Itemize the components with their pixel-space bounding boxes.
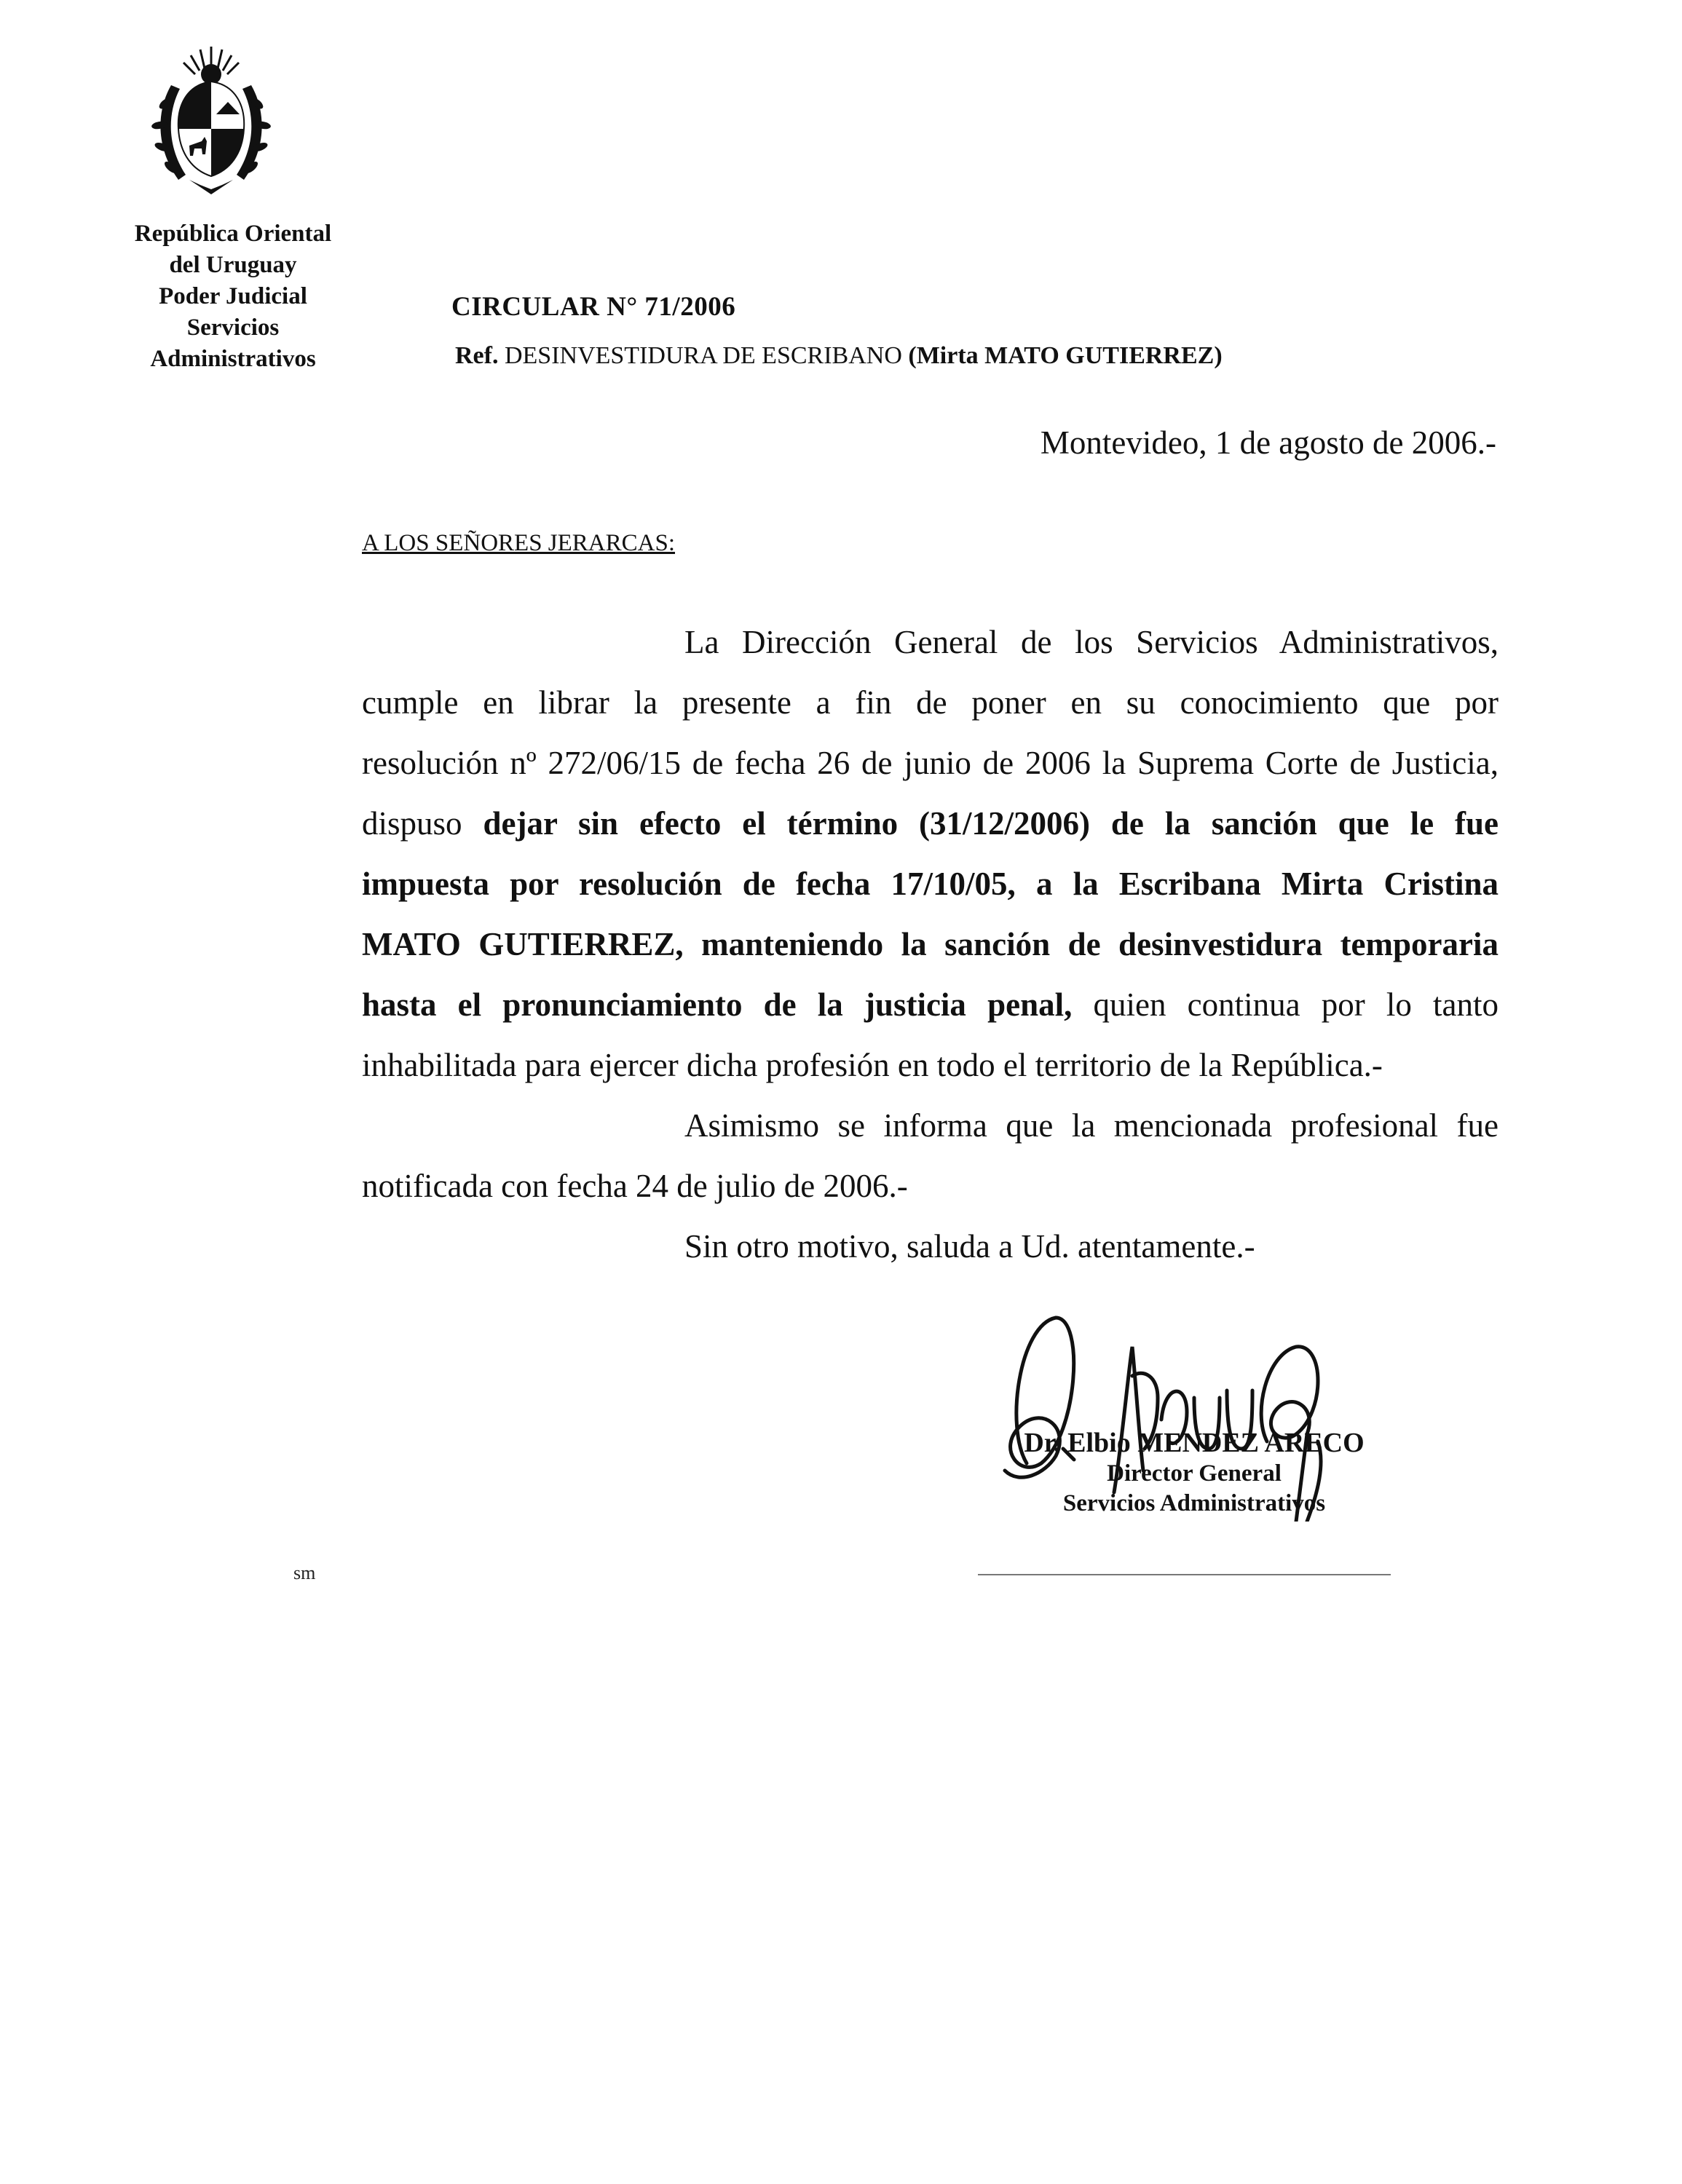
- signature-block: Dr. Elbio MENDEZ ARECO Director General …: [976, 1427, 1413, 1519]
- body-line-4-plain: dispuso: [362, 805, 462, 842]
- reference-line: Ref. DESINVESTIDURA DE ESCRIBANO (Mirta …: [455, 342, 1223, 370]
- body-line-6: MATO GUTIERREZ, manteniendo la sanción d…: [362, 922, 1499, 966]
- salutation: A LOS SEÑORES JERARCAS:: [362, 530, 675, 557]
- signature-rule: [978, 1574, 1391, 1575]
- body-line-4: dispuso dejar sin efecto el término (31/…: [362, 802, 1499, 845]
- organization-letterhead: República Oriental del Uruguay Poder Jud…: [87, 218, 379, 375]
- body-line-7: hasta el pronunciamiento de la justicia …: [362, 983, 1499, 1026]
- body-line-10: notificada con fecha 24 de julio de 2006…: [362, 1164, 1499, 1208]
- body-line-2: cumple en librar la presente a fin de po…: [362, 681, 1499, 724]
- ref-prefix: Ref.: [455, 342, 498, 369]
- ref-subject: DESINVESTIDURA DE ESCRIBANO: [505, 342, 902, 369]
- body-line-1: La Dirección General de los Servicios Ad…: [362, 620, 1499, 664]
- org-line-2: del Uruguay: [87, 250, 379, 281]
- date-line: Montevideo, 1 de agosto de 2006.-: [1041, 424, 1496, 462]
- closing-line: Sin otro motivo, saluda a Ud. atentament…: [362, 1224, 1499, 1268]
- body-line-8: inhabilitada para ejercer dicha profesió…: [362, 1043, 1499, 1087]
- body-line-9: Asimismo se informa que la mencionada pr…: [362, 1104, 1499, 1147]
- signatory-name: Dr. Elbio MENDEZ ARECO: [976, 1427, 1413, 1459]
- ref-person: (Mirta MATO GUTIERREZ): [908, 342, 1222, 369]
- typist-initials: sm: [293, 1562, 315, 1584]
- body-line-7-plain: quien continua por lo tanto: [1094, 986, 1499, 1023]
- org-line-3: Poder Judicial: [87, 281, 379, 312]
- signatory-department: Servicios Administrativos: [976, 1488, 1413, 1519]
- coat-of-arms-icon: [149, 45, 273, 198]
- circular-number: CIRCULAR N° 71/2006: [451, 291, 735, 323]
- body-line-7-bold: hasta el pronunciamiento de la justicia …: [362, 986, 1072, 1023]
- org-line-1: República Oriental: [87, 218, 379, 250]
- body-line-3: resolución nº 272/06/15 de fecha 26 de j…: [362, 741, 1499, 785]
- body-line-4-bold: dejar sin efecto el término (31/12/2006)…: [483, 805, 1499, 842]
- body-line-5: impuesta por resolución de fecha 17/10/0…: [362, 862, 1499, 906]
- org-line-5: Administrativos: [87, 344, 379, 375]
- org-line-4: Servicios: [87, 312, 379, 344]
- signatory-title: Director General: [976, 1459, 1413, 1488]
